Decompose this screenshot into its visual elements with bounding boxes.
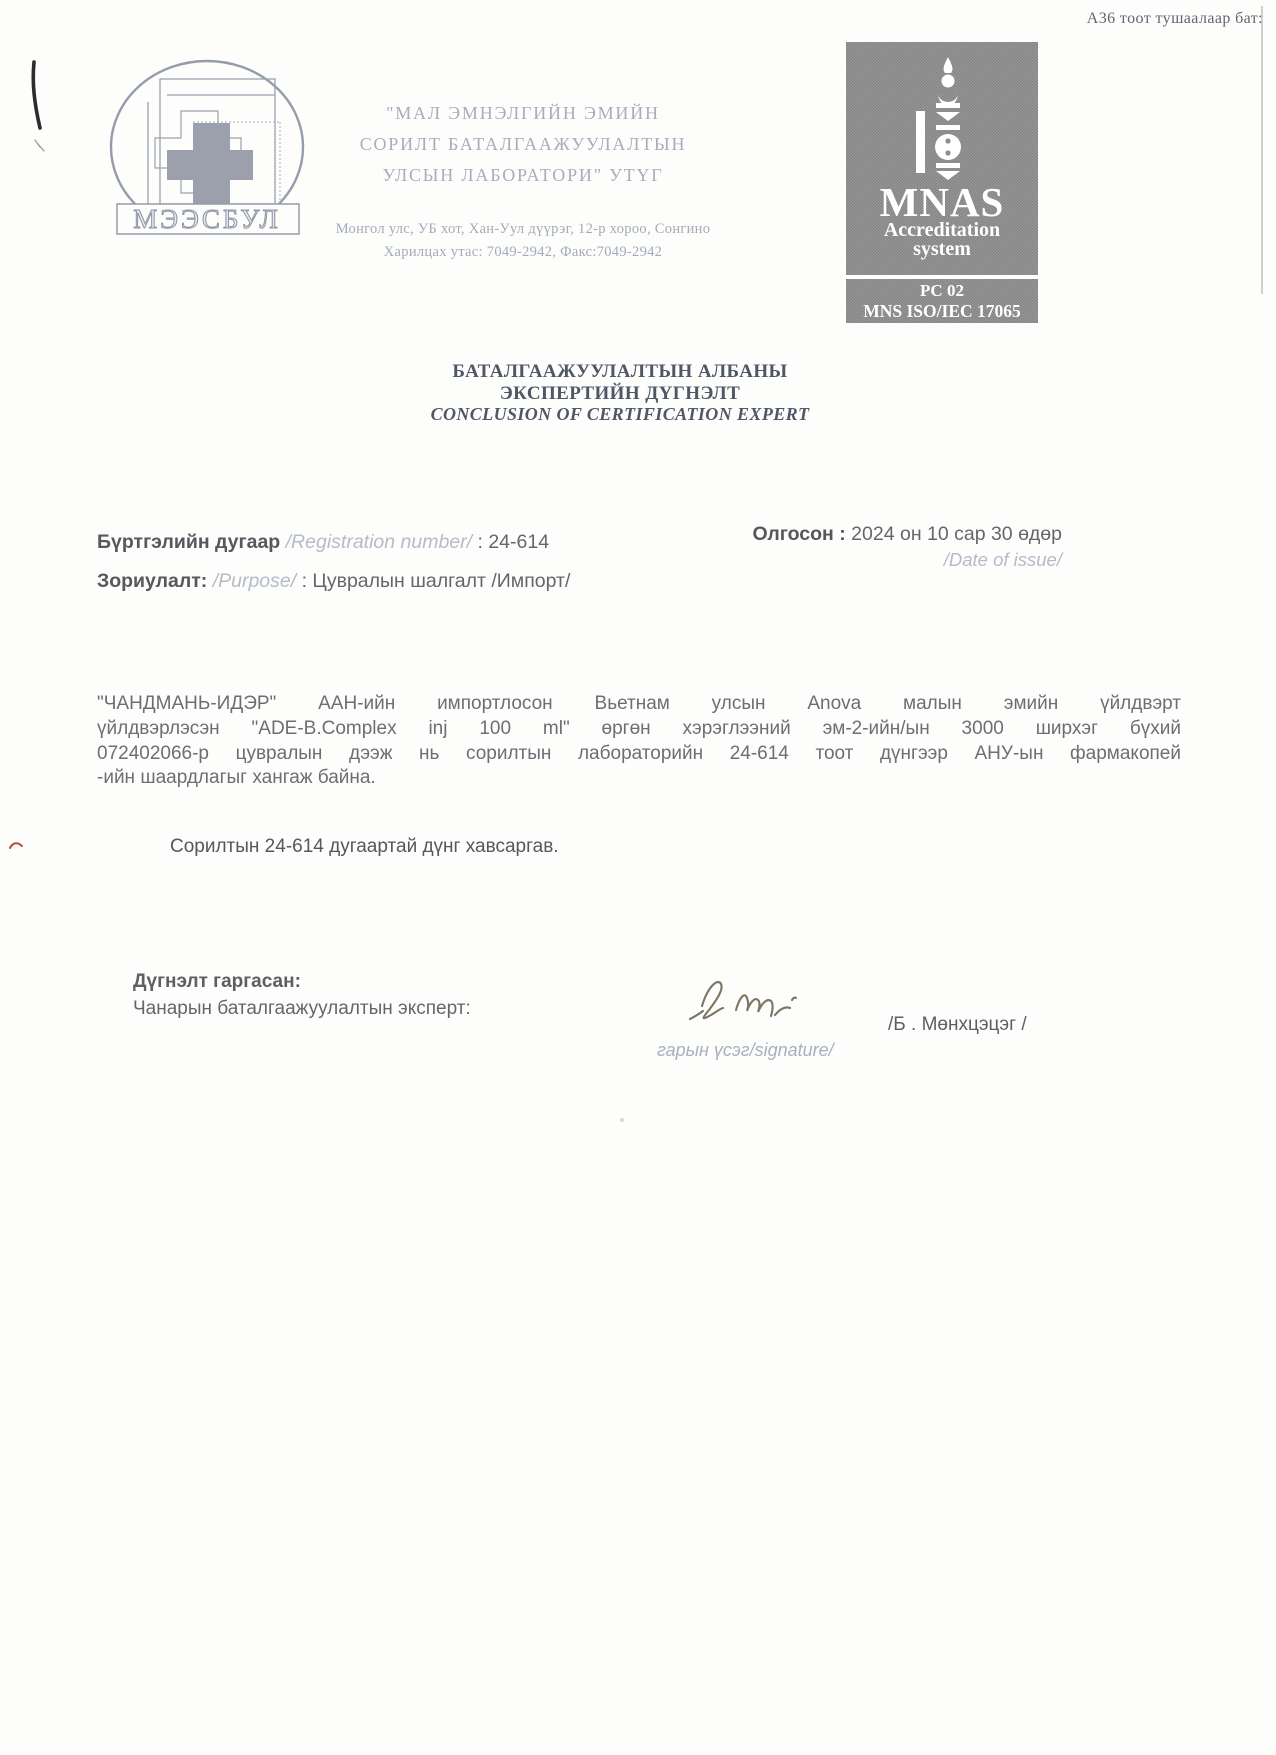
purpose-label: Зориулалт: [97,570,207,592]
issue-date-row: Олгосон : 2024 он 10 сар 30 өдөр [650,523,1062,546]
registration-label-en: /Registration number/ [286,531,472,553]
badge-line-system: system [913,240,971,259]
title-line-en: CONCLUSION OF CERTIFICATION EXPERT [340,404,900,426]
issue-date-block: Олгосон : 2024 он 10 сар 30 өдөр /Date o… [650,523,1062,571]
purpose-label-en: /Purpose/ [213,570,296,592]
issue-date-label-en: /Date of issue/ [650,549,1062,571]
paragraph-line-2: үйлдвэрлэсэн "ADE-B.Complex inj 100 ml" … [97,717,1181,742]
soyombo-icon [912,57,972,185]
signer-role: Чанарын баталгаажуулалтын эксперт: [133,998,471,1020]
signature-heading: Дүгнэлт гаргасан: [133,971,301,993]
laboratory-logo-icon: МЭЭСБУЛ [103,57,309,237]
accreditation-badge: MNAS Accreditation system PC 02 MNS ISO/… [846,42,1038,323]
title-line-1: БАТАЛГААЖУУЛАЛТЫН АЛБАНЫ [340,361,900,383]
org-name-line-3: УЛСЫН ЛАБОРАТОРИ" УТҮГ [318,160,728,191]
handwritten-signature [688,972,818,1034]
red-pen-mark [8,840,24,852]
badge-standard: MNS ISO/IEC 17065 [846,301,1038,321]
paragraph-line-1: "ЧАНДМАНЬ-ИДЭР" ААН-ийн импортлосон Вьет… [97,692,1181,717]
scan-speck [620,1118,624,1122]
issue-date-label: Олгосон : [752,523,845,545]
logo-acronym: МЭЭСБУЛ [133,204,281,234]
organization-name: "МАЛ ЭМНЭЛГИЙН ЭМИЙН СОРИЛТ БАТАЛГААЖУУЛ… [318,98,728,191]
pen-mark [26,56,50,160]
accreditation-badge-main: MNAS Accreditation system [846,42,1038,275]
badge-code: PC 02 [846,280,1038,301]
address-line-1: Монгол улс, УБ хот, Хан-Уул дүүрэг, 12-р… [318,218,728,241]
conclusion-paragraph: "ЧАНДМАНЬ-ИДЭР" ААН-ийн импортлосон Вьет… [97,692,1181,791]
paragraph-line-3: 072402066-р цувралын дээж нь сорилтын ла… [97,742,1181,767]
document-title: БАТАЛГААЖУУЛАЛТЫН АЛБАНЫ ЭКСПЕРТИЙН ДҮГН… [340,361,900,426]
org-name-line-1: "МАЛ ЭМНЭЛГИЙН ЭМИЙН [318,98,728,129]
signature-caption: гарын үсэг/signature/ [657,1040,834,1061]
org-name-line-2: СОРИЛТ БАТАЛГААЖУУЛАЛТЫН [318,129,728,160]
attachment-note: Сорилтын 24-614 дугаартай дүнг хавсаргав… [170,836,559,858]
purpose-row: Зориулалт: /Purpose/ : Цувралын шалгалт … [97,570,570,593]
organization-address: Монгол улс, УБ хот, Хан-Уул дүүрэг, 12-р… [318,218,728,264]
paragraph-line-4: -ийн шаардлагыг хангаж байна. [97,766,1181,791]
registration-value: : 24-614 [477,531,549,553]
registration-number-row: Бүртгэлийн дугаар /Registration number/ … [97,531,549,554]
corner-approval-note: А36 тоот тушаалаар бат: [1087,10,1263,28]
accreditation-badge-sub: PC 02 MNS ISO/IEC 17065 [846,279,1038,323]
purpose-value: : Цувралын шалгалт /Импорт/ [302,570,571,592]
signer-name: /Б . Мөнхцэцэг / [888,1014,1027,1036]
issue-date-value: 2024 он 10 сар 30 өдөр [851,523,1062,545]
badge-name: MNAS [880,183,1005,221]
registration-label: Бүртгэлийн дугаар [97,531,280,553]
document-page: А36 тоот тушаалаар бат: МЭЭСБУЛ "МАЛ ЭМН… [0,0,1276,1755]
address-line-2: Харилцах утас: 7049-2942, Факс:7049-2942 [318,241,728,264]
title-line-2: ЭКСПЕРТИЙН ДҮГНЭЛТ [340,383,900,405]
scan-edge-line [1261,6,1263,294]
